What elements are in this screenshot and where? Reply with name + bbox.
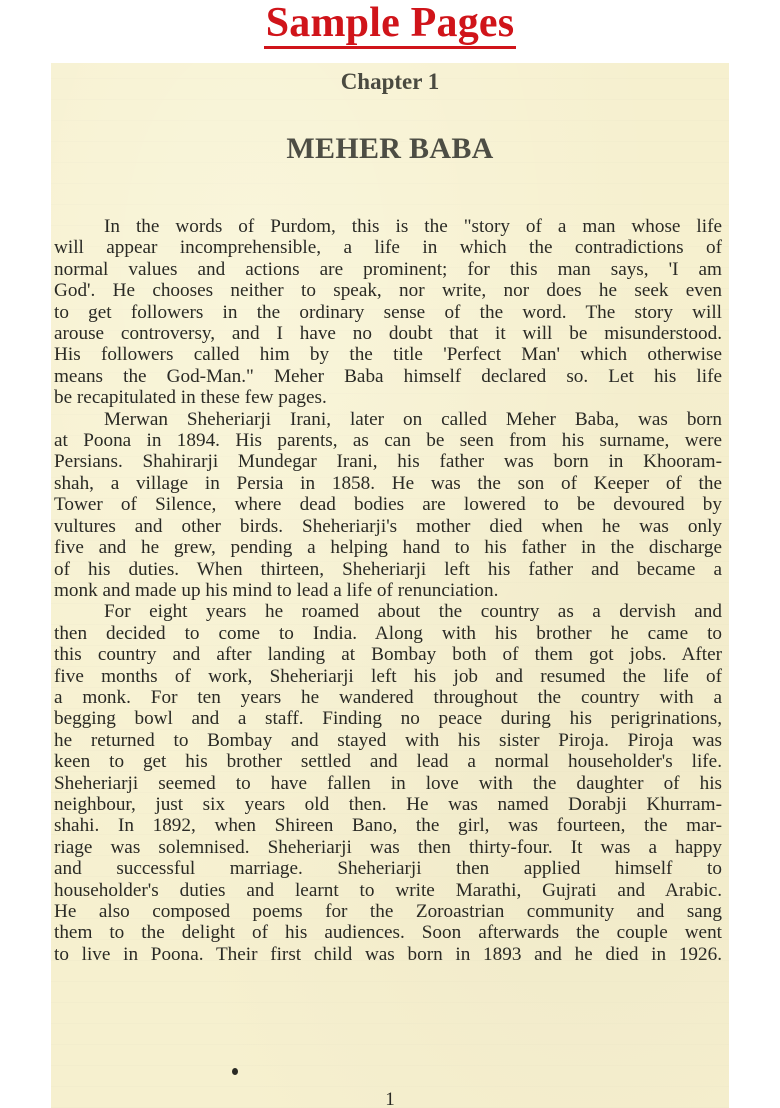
ink-speck bbox=[232, 1068, 238, 1075]
text-line: five months of work, Sheheriarji left hi… bbox=[54, 666, 722, 687]
text-line: this country and after landing at Bombay… bbox=[54, 644, 722, 665]
text-line: to live in Poona. Their first child was … bbox=[54, 944, 722, 965]
sample-pages-banner: Sample Pages bbox=[0, 0, 780, 52]
text-line: of his duties. When thirteen, Sheheriarj… bbox=[54, 559, 722, 580]
text-line: monk and made up his mind to lead a life… bbox=[54, 580, 722, 601]
text-line: householder's duties and learnt to write… bbox=[54, 880, 722, 901]
text-line: neighbour, just six years old then. He w… bbox=[54, 794, 722, 815]
paragraph-3: For eight years he roamed about the coun… bbox=[54, 601, 722, 965]
text-line: to get followers in the ordinary sense o… bbox=[54, 302, 722, 323]
text-line: begging bowl and a staff. Finding no pea… bbox=[54, 708, 722, 729]
body-text: In the words of Purdom, this is the "sto… bbox=[54, 216, 722, 965]
text-line: His followers called him by the title 'P… bbox=[54, 344, 722, 365]
banner-title: Sample Pages bbox=[264, 0, 517, 49]
text-line: means the God-Man." Meher Baba himself d… bbox=[54, 366, 722, 387]
text-line: be recapitulated in these few pages. bbox=[54, 387, 722, 408]
chapter-label: Chapter 1 bbox=[51, 68, 729, 96]
text-line: God'. He chooses neither to speak, nor w… bbox=[54, 280, 722, 301]
text-line: and successful marriage. Sheheriarji the… bbox=[54, 858, 722, 879]
text-line: vultures and other birds. Sheheriarji's … bbox=[54, 516, 722, 537]
text-line: at Poona in 1894. His parents, as can be… bbox=[54, 430, 722, 451]
text-line: Merwan Sheheriarji Irani, later on calle… bbox=[54, 409, 722, 430]
text-line: normal values and actions are prominent;… bbox=[54, 259, 722, 280]
text-line: shah, a village in Persia in 1858. He wa… bbox=[54, 473, 722, 494]
text-line: Sheheriarji seemed to have fallen in lov… bbox=[54, 773, 722, 794]
text-line: will appear incomprehensible, a life in … bbox=[54, 237, 722, 258]
paragraph-1: In the words of Purdom, this is the "sto… bbox=[54, 216, 722, 409]
text-line: riage was solemnised. Sheheriarji was th… bbox=[54, 837, 722, 858]
text-line: shahi. In 1892, when Shireen Bano, the g… bbox=[54, 815, 722, 836]
text-line: In the words of Purdom, this is the "sto… bbox=[54, 216, 722, 237]
page-number: 1 bbox=[51, 1090, 729, 1108]
text-line: five and he grew, pending a helping hand… bbox=[54, 537, 722, 558]
book-page: Chapter 1 MEHER BABA In the words of Pur… bbox=[51, 63, 729, 1108]
text-line: He also composed poems for the Zoroastri… bbox=[54, 901, 722, 922]
text-line: For eight years he roamed about the coun… bbox=[54, 601, 722, 622]
text-line: them to the delight of his audiences. So… bbox=[54, 922, 722, 943]
text-line: he returned to Bombay and stayed with hi… bbox=[54, 730, 722, 751]
text-line: keen to get his brother settled and lead… bbox=[54, 751, 722, 772]
text-line: a monk. For ten years he wandered throug… bbox=[54, 687, 722, 708]
text-line: arouse controversy, and I have no doubt … bbox=[54, 323, 722, 344]
paragraph-2: Merwan Sheheriarji Irani, later on calle… bbox=[54, 409, 722, 602]
text-line: Tower of Silence, where dead bodies are … bbox=[54, 494, 722, 515]
text-line: then decided to come to India. Along wit… bbox=[54, 623, 722, 644]
text-line: Persians. Shahirarji Mundegar Irani, his… bbox=[54, 451, 722, 472]
chapter-title: MEHER BABA bbox=[51, 131, 729, 167]
